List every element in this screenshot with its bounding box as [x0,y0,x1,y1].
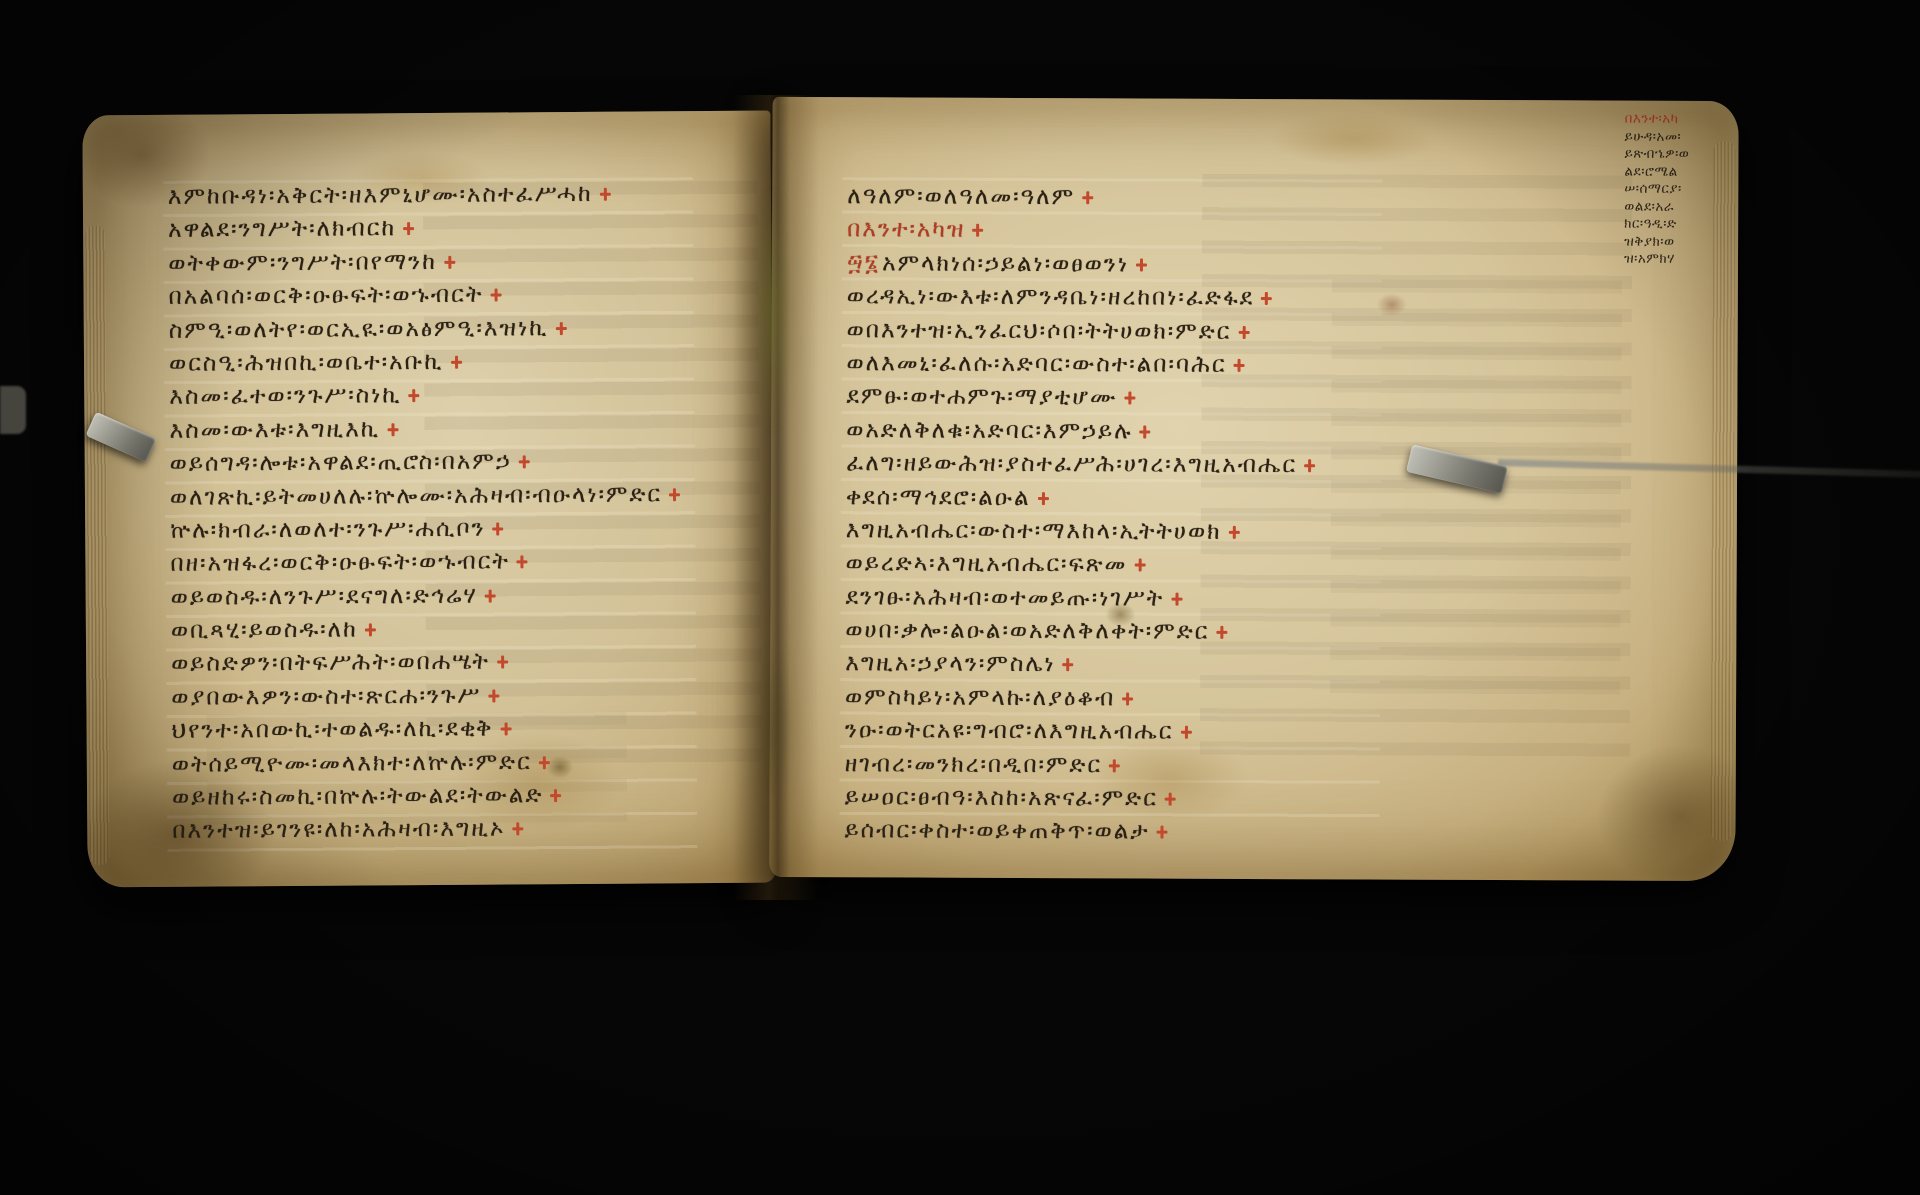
book-cradle-arm-left [0,386,26,434]
body-text: አዋልደ፡ንግሥት፡ለክብርከ [168,216,396,244]
cross-section-mark-icon [972,224,983,237]
body-text: እስመ፡ውእቱ፡እግዚእኪ [169,416,380,443]
text-line: በአልባሰ፡ወርቅ፡ዑፁፍት፡ወኁብርት [168,277,678,314]
cross-section-mark-icon [555,322,566,335]
text-line: ዘገብረ፡መንክረ፡በዲበ፡ምድር [845,748,1314,783]
text-line: ልደ፡ሮሜል [1624,163,1738,181]
body-text: ወአድለቅለቁ፡አድባር፡እምኃይሉ [846,417,1132,444]
body-text: ወለገጽኪ፡ይትመሀለሉ፡ኵሎሙ፡አሕዛብ፡ብዑላነ፡ምድር [170,481,662,510]
left-fore-edge-page-stack [85,225,109,865]
body-text: ወርስዒ፡ሕዝበኪ፡ወቤተ፡አቡኪ [169,349,444,377]
ink-bleedthrough [1330,279,1622,700]
text-line: ወትቀውም፡ንግሥት፡በየማንከ [168,244,678,281]
cross-section-mark-icon [600,188,611,201]
body-text: ንዑ፡ወትርአዩ፡ግብሮ፡ለእግዚአብሔር [845,717,1174,744]
rubric-text: በእንተ፡አካዝ [847,217,965,244]
text-line: ወይስድዎን፡በትፍሥሕት፡ወበሐሤት [171,645,681,682]
text-line: ፵፮አምላክነሰ፡ኃይልነ፡ወፀወንነ [847,247,1316,282]
body-text: ይሰብር፡ቀስተ፡ወይቀጠቅጥ፡ወልታ [844,818,1149,845]
cross-section-mark-icon [1124,392,1135,405]
cross-section-mark-icon [451,356,462,369]
body-text: ይጽብኄዎ፡ወ [1624,146,1689,162]
cross-section-mark-icon [485,589,496,602]
text-line: ይሠዐር፡ፀብዓ፡እስከ፡አጽናፈ፡ምድር [845,781,1314,816]
right-page: ለዓለም፡ወለዓለመ፡ዓለምበእንተ፡አካዝ፵፮አምላክነሰ፡ኃይልነ፡ወፀወን… [769,97,1738,881]
body-text: ቀደሰ፡ማኅደሮ፡ልዑል [846,484,1031,511]
cross-section-mark-icon [1109,759,1120,772]
text-line: ይሁዳ፡አመ፡ [1625,128,1739,146]
body-text: ዘገብረ፡መንክረ፡በዲበ፡ምድር [845,751,1102,778]
corner-shadow [1569,720,1739,881]
text-line: ወልደ፡አራ [1624,198,1739,216]
body-text: ወይስድዎን፡በትፍሥሕት፡ወበሐሤት [171,649,490,677]
cross-section-mark-icon [488,689,499,702]
body-text: በአልባሰ፡ወርቅ፡ዑፁፍት፡ወኁብርት [168,282,483,310]
cross-section-mark-icon [1140,425,1151,438]
cross-section-mark-icon [1165,793,1176,806]
cross-section-mark-icon [512,823,523,836]
text-line: ስምዒ፡ወለትየ፡ወርኢዪ፡ወአፅምዒ፡እዝነኪ [169,311,679,348]
parchment-stain [1372,290,1412,320]
text-line: ይሰብር፡ቀስተ፡ወይቀጠቅጥ፡ወልታ [844,815,1313,850]
body-text: ህየንተ፡አበውኪ፡ተወልዱ፡ለኪ፡ደቂቅ [172,716,494,744]
body-text: ይሁዳ፡አመ፡ [1625,128,1682,144]
cross-section-mark-icon [519,455,530,468]
text-line: ወትሰይሚዮሙ፡መላእክተ፡ለኵሉ፡ምድር [172,745,682,782]
cross-section-mark-icon [1234,359,1245,372]
text-line: ወቢጻሂ፡ይወስዱ፡ለከ [171,611,681,648]
marginal-gloss: በእንተ፡አካይሁዳ፡አመ፡ይጽብኄዎ፡ወልደ፡ሮሜልሠ፡ሰማርያ፡ወልደ፡አራ… [1624,111,1739,269]
text-line: ዝቅያክ፡ወ [1624,233,1739,251]
text-line: ወርስዒ፡ሕዝበኪ፡ወቤተ፡አቡኪ [169,344,679,381]
body-text: ልደ፡ሮሜል [1624,163,1677,179]
text-line: ወበእንተዝ፡ኢንፈርህ፡ሶበ፡ትትሀወክ፡ምድር [847,314,1316,349]
text-line: ወሀበ፡ቃሎ፡ልዑል፡ወአድለቅለቀት፡ምድር [845,614,1314,649]
body-text: እግዚአብሔር፡ውስተ፡ማእከላ፡ኢትትሀወክ [846,517,1222,545]
parchment-stain [1242,104,1462,175]
body-text: እግዚአ፡ኃያላን፡ምስሌነ [845,651,1055,678]
body-text: ወለእመኒ፡ፈለሱ፡አድባር፡ውስተ፡ልበ፡ባሕር [846,350,1226,378]
text-line: ለዓለም፡ወለዓለመ፡ዓለም [847,180,1316,215]
body-text: ይሠዐር፡ፀብዓ፡እስከ፡አጽናፈ፡ምድር [845,784,1158,811]
body-text: ኵሉ፡ክብራ፡ለወለተ፡ንጉሥ፡ሐሲቦን [170,516,486,544]
body-text: ወይረድኣ፡እግዚአብሔር፡ፍጽመ [846,551,1128,578]
cross-section-mark-icon [500,723,511,736]
text-line: ወይዘከሩ፡ስመኪ፡በኵሉ፡ትውልደ፡ትውልድ [172,778,682,815]
body-text: ስምዒ፡ወለትየ፡ወርኢዪ፡ወአፅምዒ፡እዝነኪ [169,315,549,344]
cross-section-mark-icon [409,389,420,402]
text-line: ወለእመኒ፡ፈለሱ፡አድባር፡ውስተ፡ልበ፡ባሕር [846,347,1315,382]
body-text: ደንገፁ፡አሕዛብ፡ወተመይጡ፡ነገሥት [845,584,1164,611]
cross-section-mark-icon [550,789,561,802]
body-text: ሠ፡ሰማርያ፡ [1624,181,1681,197]
body-text: ወያበውእዎን፡ውስተ፡ጽርሐ፡ንጉሥ [171,682,481,710]
body-text: ወይሰግዳ፡ሎቱ፡አዋልደ፡ጢሮስ፡በአምኃ [170,449,512,477]
text-line: እስመ፡ፈተወ፡ንጉሥ፡ስነኪ [169,378,679,415]
text-line: ወምስካይነ፡አምላኩ፡ለያዕቆብ [845,681,1314,716]
text-line: በእንተዝ፡ይገንዩ፡ለከ፡አሕዛብ፡እግዚኦ [172,812,682,849]
text-line: ይጽብኄዎ፡ወ [1624,146,1738,164]
body-text: ደምፁ፡ወተሐምጉ፡ማያቲሆሙ [846,384,1117,411]
body-text: ወቢጻሂ፡ይወስዱ፡ለከ [171,617,358,644]
cross-section-mark-icon [1038,492,1049,505]
body-text: እስመ፡ፈተወ፡ንጉሥ፡ስነኪ [169,383,402,411]
cross-section-mark-icon [365,623,376,636]
body-text: ወይዘከሩ፡ስመኪ፡በኵሉ፡ትውልደ፡ትውልድ [172,782,543,811]
cross-section-mark-icon [497,656,508,669]
cross-section-mark-icon [1063,659,1074,672]
cross-section-mark-icon [1171,592,1182,605]
body-text: አምላክነሰ፡ኃይልነ፡ወፀወንነ [882,250,1129,277]
text-line: ወይወስዱ፡ለንጉሥ፡ደናግለ፡ድኅሬሃ [171,578,681,615]
cross-section-mark-icon [1181,726,1192,739]
left-page-text: እምከቡዳነ፡አቅርት፡ዘእምኒሆሙ፡አስተፈሥሓከአዋልደ፡ንግሥት፡ለክብር… [168,177,683,848]
cross-section-mark-icon [403,222,414,235]
body-text: ወበእንተዝ፡ኢንፈርህ፡ሶበ፡ትትሀወክ፡ምድር [847,317,1232,345]
cross-section-mark-icon [493,522,504,535]
body-text: ዝቅያክ፡ወ [1624,233,1675,249]
cross-section-mark-icon [1304,459,1315,472]
cross-section-mark-icon [444,256,455,269]
cross-section-mark-icon [1136,258,1147,271]
text-line: ሠ፡ሰማርያ፡ [1624,181,1738,199]
body-text: ወትቀውም፡ንግሥት፡በየማንከ [168,249,437,277]
text-line: ወያበውእዎን፡ውስተ፡ጽርሐ፡ንጉሥ [171,678,681,715]
text-line: ደንገፁ፡አሕዛብ፡ወተመይጡ፡ነገሥት [845,581,1314,616]
cross-section-mark-icon [387,423,398,436]
body-text: ወረዳኢነ፡ውእቱ፡ለምንዳቤነ፡ዘረከበነ፡ፈድፋደ [847,283,1254,311]
cross-section-mark-icon [1157,826,1168,839]
text-line: አዋልደ፡ንግሥት፡ለክብርከ [168,211,678,248]
body-text: እምከቡዳነ፡አቅርት፡ዘእምኒሆሙ፡አስተፈሥሓከ [168,181,593,210]
cross-section-mark-icon [1082,191,1093,204]
body-text: ወምስካይነ፡አምላኩ፡ለያዕቆብ [845,684,1115,711]
cross-section-mark-icon [490,289,501,302]
body-text: ፈለግ፡ዘይውሕዝ፡ያስተፈሥሕ፡ሀገረ፡እግዚአብሔር [846,450,1297,478]
text-line: በእንተ፡አካ [1625,111,1739,129]
text-line: ወይሰግዳ፡ሎቱ፡አዋልደ፡ጢሮስ፡በአምኃ [170,444,680,481]
psalm-number: ፵፮ [847,250,880,276]
text-line: እስመ፡ውእቱ፡እግዚእኪ [169,411,679,448]
text-line: ወረዳኢነ፡ውእቱ፡ለምንዳቤነ፡ዘረከበነ፡ፈድፋደ [847,280,1316,315]
body-text: ለዓለም፡ወለዓለመ፡ዓለም [847,183,1075,210]
body-text: ክር፡ዓዲ፡ድ [1624,216,1677,232]
left-page: እምከቡዳነ፡አቅርት፡ዘእምኒሆሙ፡አስተፈሥሓከአዋልደ፡ንግሥት፡ለክብር… [82,111,775,888]
open-manuscript-book: እምከቡዳነ፡አቅርት፡ዘእምኒሆሙ፡አስተፈሥሓከአዋልደ፡ንግሥት፡ለክብር… [85,95,1737,900]
text-line: ደምፁ፡ወተሐምጉ፡ማያቲሆሙ [846,381,1315,416]
cross-section-mark-icon [1229,526,1240,539]
cross-section-mark-icon [1122,692,1133,705]
text-line: ፈለግ፡ዘይውሕዝ፡ያስተፈሥሕ፡ሀገረ፡እግዚአብሔር [846,447,1315,482]
body-text: ወልደ፡አራ [1624,198,1674,214]
text-line: እግዚአብሔር፡ውስተ፡ማእከላ፡ኢትትሀወክ [846,514,1315,549]
text-line: ኵሉ፡ክብራ፡ለወለተ፡ንጉሥ፡ሐሲቦን [170,511,680,548]
rubric-text: በእንተ፡አካ [1625,111,1679,127]
cross-section-mark-icon [1216,626,1227,639]
cross-section-mark-icon [1238,325,1249,338]
text-line: ዝ፡አምክሃ [1624,251,1739,269]
text-line: ቀደሰ፡ማኅደሮ፡ልዑል [846,481,1315,516]
text-line: በዘ፡አዝፋረ፡ወርቅ፡ዑፁፍት፡ወኁብርት [170,545,680,582]
body-text: በእንተዝ፡ይገንዩ፡ለከ፡አሕዛብ፡እግዚኦ [172,816,505,844]
right-page-text: ለዓለም፡ወለዓለመ፡ዓለምበእንተ፡አካዝ፵፮አምላክነሰ፡ኃይልነ፡ወፀወን… [844,180,1316,850]
text-line: ወይረድኣ፡እግዚአብሔር፡ፍጽመ [846,548,1315,583]
text-line: በእንተ፡አካዝ [847,214,1316,249]
cross-section-mark-icon [1261,292,1272,305]
body-text: ወትሰይሚዮሙ፡መላእክተ፡ለኵሉ፡ምድር [172,749,532,778]
cross-section-mark-icon [669,488,680,501]
text-line: እግዚአ፡ኃያላን፡ምስሌነ [845,648,1314,683]
body-text: ዝ፡አምክሃ [1624,251,1675,267]
body-text: በዘ፡አዝፋረ፡ወርቅ፡ዑፁፍት፡ወኁብርት [170,549,510,577]
text-line: ወአድለቅለቁ፡አድባር፡እምኃይሉ [846,414,1315,449]
text-line: ንዑ፡ወትርአዩ፡ግብሮ፡ለእግዚአብሔር [845,714,1314,749]
text-line: ክር፡ዓዲ፡ድ [1624,216,1739,234]
body-text: ወሀበ፡ቃሎ፡ልዑል፡ወአድለቅለቀት፡ምድር [845,617,1209,645]
cross-section-mark-icon [1134,559,1145,572]
text-line: ህየንተ፡አበውኪ፡ተወልዱ፡ለኪ፡ደቂቅ [172,711,682,748]
cross-section-mark-icon [539,756,550,769]
cross-section-mark-icon [517,556,528,569]
text-line: ወለገጽኪ፡ይትመሀለሉ፡ኵሎሙ፡አሕዛብ፡ብዑላነ፡ምድር [170,478,680,515]
body-text: ወይወስዱ፡ለንጉሥ፡ደናግለ፡ድኅሬሃ [171,582,478,610]
text-line: እምከቡዳነ፡አቅርት፡ዘእምኒሆሙ፡አስተፈሥሓከ [168,177,678,214]
